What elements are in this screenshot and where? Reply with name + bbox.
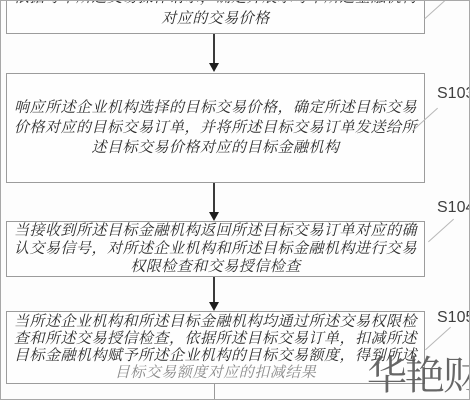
step-text-line: 当所述企业机构和所述目标金融机构均通过所述交易权限检 <box>7 314 424 331</box>
flow-arrow-line-2 <box>213 183 215 212</box>
flow-arrow-line-4 <box>214 384 215 400</box>
step-label-s105: S105 <box>437 309 470 327</box>
patent-flowchart: 依据每个所述交易操作请求，确定并展示每个所述金融机构 对应的交易价格 响应所述企… <box>0 0 470 400</box>
step-text-line: 当接收到所述目标金融机构返回所述目标交易订单对应的确 <box>7 222 424 240</box>
flow-step-box-1: 依据每个所述交易操作请求，确定并展示每个所述金融机构 对应的交易价格 <box>6 0 425 34</box>
step-text-line: 依据每个所述交易操作请求，确定并展示每个所述金融机构 <box>7 0 424 9</box>
leader-line-s105 <box>425 327 451 350</box>
step-label-s103: S103 <box>437 85 470 103</box>
step-text-line: 目标交易额度对应的扣减结果 <box>7 365 424 382</box>
step-text-line: 述目标交易价格对应的目标金融机构 <box>7 138 424 158</box>
step-text-line: 响应所述企业机构选择的目标交易价格，确定所述目标交易 <box>7 98 424 118</box>
watermark-text: 华艳财经 <box>367 355 470 397</box>
step-text-line: 价格对应的目标交易订单，并将所述目标交易订单发送给所 <box>7 118 424 138</box>
step-text-line: 认交易信号，对所述企业机构和所述目标金融机构进行交易 <box>7 240 424 258</box>
flow-arrowhead-1 <box>209 63 219 72</box>
step-label-s104: S104 <box>437 199 470 217</box>
flow-arrow-line-3 <box>213 277 215 302</box>
step-text-line: 对应的交易价格 <box>7 9 424 30</box>
leader-line-s104 <box>428 219 454 242</box>
leader-line-top <box>424 0 445 19</box>
step-text-line: 查和所述交易授信检查，依据所述目标交易订单，扣减所述 <box>7 331 424 348</box>
flow-step-box-s103: 响应所述企业机构选择的目标交易价格，确定所述目标交易 价格对应的目标交易订单，并… <box>6 73 425 183</box>
flow-arrowhead-2 <box>209 212 219 221</box>
flow-arrowhead-3 <box>209 302 219 311</box>
step-text-line: 目标金融机构赋予所述企业机构的目标交易额度，得到所述 <box>7 348 424 365</box>
flow-step-box-s105: 当所述企业机构和所述目标金融机构均通过所述交易权限检 查和所述交易授信检查，依据… <box>6 311 425 384</box>
flow-arrow-line-1 <box>213 34 215 64</box>
flow-step-box-s104: 当接收到所述目标金融机构返回所述目标交易订单对应的确 认交易信号，对所述企业机构… <box>6 221 425 277</box>
step-text-line: 权限检查和交易授信检查 <box>7 258 424 276</box>
